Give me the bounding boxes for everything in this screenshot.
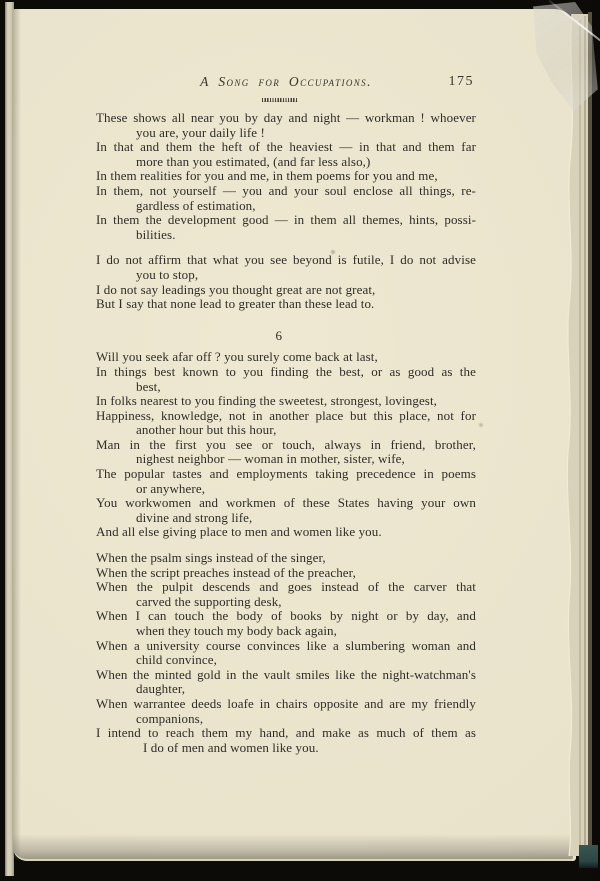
poem-line: In them realities for you and me, in the… [96, 169, 476, 184]
poem-line: gardless of estimation, [96, 199, 476, 214]
poem-line: When the minted gold in the vault smiles… [96, 668, 476, 683]
poem-line: carved the supporting desk, [96, 595, 476, 610]
poem-line: bilities. [96, 228, 476, 243]
poem-line: another hour but this hour, [96, 423, 476, 438]
poem-line: Happiness, knowledge, not in another pla… [96, 409, 476, 424]
poem-line: But I say that none lead to greater than… [96, 297, 476, 312]
poem-lines: These shows all near you by day and nigh… [96, 111, 476, 755]
poem-line: Man in the first you see or touch, alway… [96, 438, 476, 453]
poem-line: I do not say leadings you thought great … [96, 283, 476, 298]
dotted-rule-ornament [262, 98, 298, 102]
printed-content: A Song for Occupations. 175 These shows … [0, 0, 600, 881]
poem-line: When I can touch the body of books by ni… [96, 609, 476, 624]
poem-line: or anywhere, [96, 482, 476, 497]
poem-line: I do not affirm that what you see beyond… [96, 253, 476, 268]
poem-line: In folks nearest to you finding the swee… [96, 394, 476, 409]
poem-line: In that and them the heft of the heavies… [96, 140, 476, 155]
poem-line: In them, not yourself — you and your sou… [96, 184, 476, 199]
poem-line: nighest neighbor — woman in mother, sist… [96, 452, 476, 467]
poem-line: you are, your daily life ! [96, 126, 476, 141]
poem-line: And all else giving place to men and wom… [96, 525, 476, 540]
poem-line: These shows all near you by day and nigh… [96, 111, 476, 126]
poem-line: In them the development good — in them a… [96, 213, 476, 228]
poem-line: You workwomen and workmen of these State… [96, 496, 476, 511]
poem-line: When the pulpit descends and goes instea… [96, 580, 476, 595]
poem-line: more than you estimated, (and far less a… [96, 155, 476, 170]
poem-line: In things best known to you finding the … [96, 365, 476, 380]
section-number: 6 [96, 329, 476, 344]
poem-line: I intend to reach them my hand, and make… [96, 726, 476, 741]
poem-line: best, [96, 380, 476, 395]
poem-line: When a university course convinces like … [96, 639, 476, 654]
page-number: 175 [396, 74, 474, 90]
poem-line: When the psalm sings instead of the sing… [96, 551, 476, 566]
poem-line: you to stop, [96, 268, 476, 283]
poem-line: When the script preaches instead of the … [96, 566, 476, 581]
poem-line: divine and strong life, [96, 511, 476, 526]
book-page-scan: A Song for Occupations. 175 These shows … [0, 0, 600, 881]
poem-line: when they touch my body back again, [96, 624, 476, 639]
poem-line: I do of men and women like you. [96, 741, 476, 756]
poem-line: child convince, [96, 653, 476, 668]
poem-line: companions, [96, 712, 476, 727]
poem-line: When warrantee deeds loafe in chairs opp… [96, 697, 476, 712]
poem-line: Will you seek afar off ? you surely come… [96, 350, 476, 365]
poem-line: daughter, [96, 682, 476, 697]
poem-line: The popular tastes and employments takin… [96, 467, 476, 482]
